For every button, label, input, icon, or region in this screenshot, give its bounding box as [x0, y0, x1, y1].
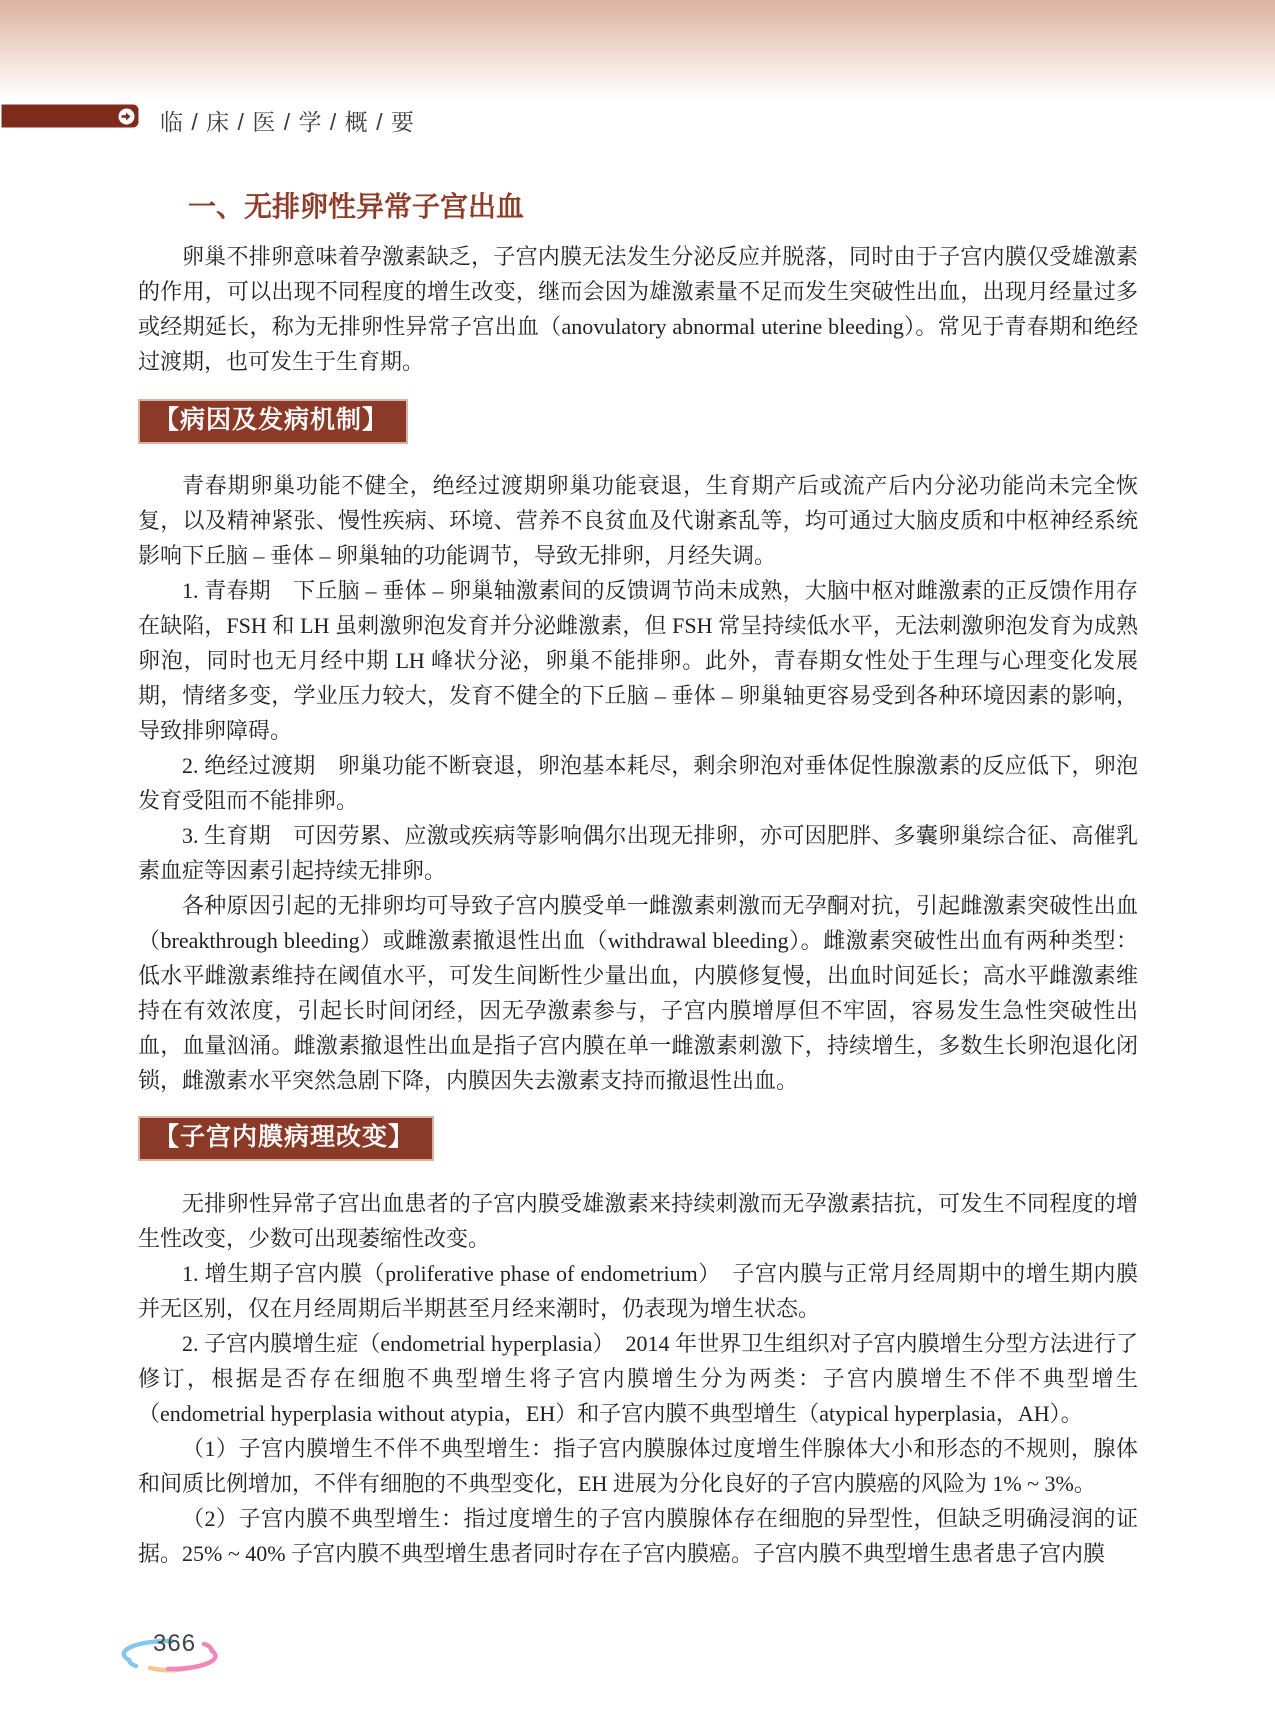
paragraph-reproductive-age: 3. 生育期 可因劳累、应激或疾病等影响偶尔出现无排卵，亦可因肥胖、多囊卵巢综合…: [138, 818, 1138, 888]
paragraph-hyperplasia-without-atypia: （1）子宫内膜增生不伴不典型增生：指子宫内膜腺体过度增生伴腺体大小和形态的不规则…: [138, 1431, 1138, 1501]
paragraph-endometrial-hyperplasia: 2. 子宫内膜增生症（endometrial hyperplasia） 2014…: [138, 1326, 1138, 1431]
page-footer: 366: [120, 1624, 230, 1676]
section-heading-endometrial-pathology: 【子宫内膜病理改变】: [138, 1116, 434, 1161]
paragraph-menopause-transition: 2. 绝经过渡期 卵巢功能不断衰退，卵泡基本耗尽，剩余卵泡对垂体促性腺激素的反应…: [138, 748, 1138, 818]
paragraph-etiology-overview: 青春期卵巢功能不健全，绝经过渡期卵巢功能衰退，生育期产后或流产后内分泌功能尚未完…: [138, 468, 1138, 573]
page-number: 366: [153, 1630, 196, 1658]
paragraph-pathology-overview: 无排卵性异常子宫出血患者的子宫内膜受雄激素来持续刺激而无孕激素拮抗，可发生不同程…: [138, 1186, 1138, 1256]
paragraph-bleeding-mechanism: 各种原因引起的无排卵均可导致子宫内膜受单一雌激素刺激而无孕酮对抗，引起雌激素突破…: [138, 888, 1138, 1098]
book-page: 临 / 床 / 医 / 学 / 概 / 要 一、无排卵性异常子宫出血 卵巢不排卵…: [0, 0, 1275, 1718]
paragraph-proliferative-endometrium: 1. 增生期子宫内膜（proliferative phase of endome…: [138, 1256, 1138, 1326]
right-arrow-icon: [118, 108, 135, 125]
paragraph-adolescence: 1. 青春期 下丘脑 – 垂体 – 卵巢轴激素间的反馈调节尚未成熟，大脑中枢对雌…: [138, 573, 1138, 748]
intro-paragraph: 卵巢不排卵意味着孕激素缺乏，子宫内膜无法发生分泌反应并脱落，同时由于子宫内膜仅受…: [138, 239, 1138, 379]
paragraph-atypical-hyperplasia: （2）子宫内膜不典型增生：指过度增生的子宫内膜腺体存在细胞的异型性，但缺乏明确浸…: [138, 1501, 1138, 1571]
content-area: 一、无排卵性异常子宫出血 卵巢不排卵意味着孕激素缺乏，子宫内膜无法发生分泌反应并…: [0, 128, 1275, 1571]
header-bar: [0, 103, 140, 129]
section-heading-etiology: 【病因及发病机制】: [138, 399, 408, 444]
page-header: 临 / 床 / 医 / 学 / 概 / 要: [0, 103, 1275, 129]
top-gradient-band: [0, 0, 1275, 102]
page-title: 一、无排卵性异常子宫出血: [188, 190, 1138, 224]
